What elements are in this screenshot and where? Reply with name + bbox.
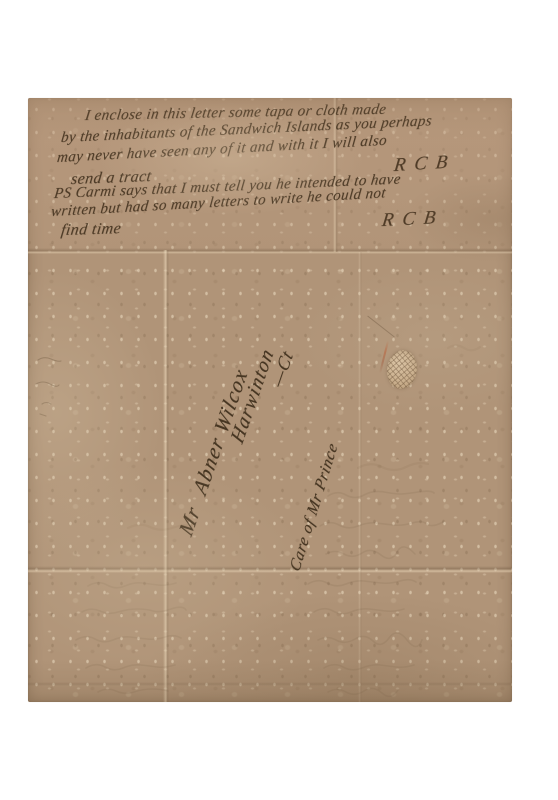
fold-crease-vertical-left: [163, 250, 169, 702]
letter-page: I enclose in this letter some tapa or cl…: [28, 98, 512, 702]
address-prefix: Mr: [174, 501, 205, 540]
scan-background: { "letter": { "note": { "lines": [ "I en…: [0, 0, 558, 800]
address-care-of: Care of Mr Prince: [287, 328, 376, 575]
fold-crease-vertical-right: [358, 252, 362, 702]
address-name-line: MrAbner Wilcox: [176, 293, 275, 539]
fold-crease-horizontal-bottom: [28, 682, 512, 686]
initials-signature: R C B: [381, 207, 439, 232]
postscript-line: find time: [60, 220, 122, 240]
fold-crease-horizontal-lower: [28, 566, 512, 573]
address-block: MrAbner Wilcox Harwinton —Ct Care of Mr …: [175, 294, 398, 579]
